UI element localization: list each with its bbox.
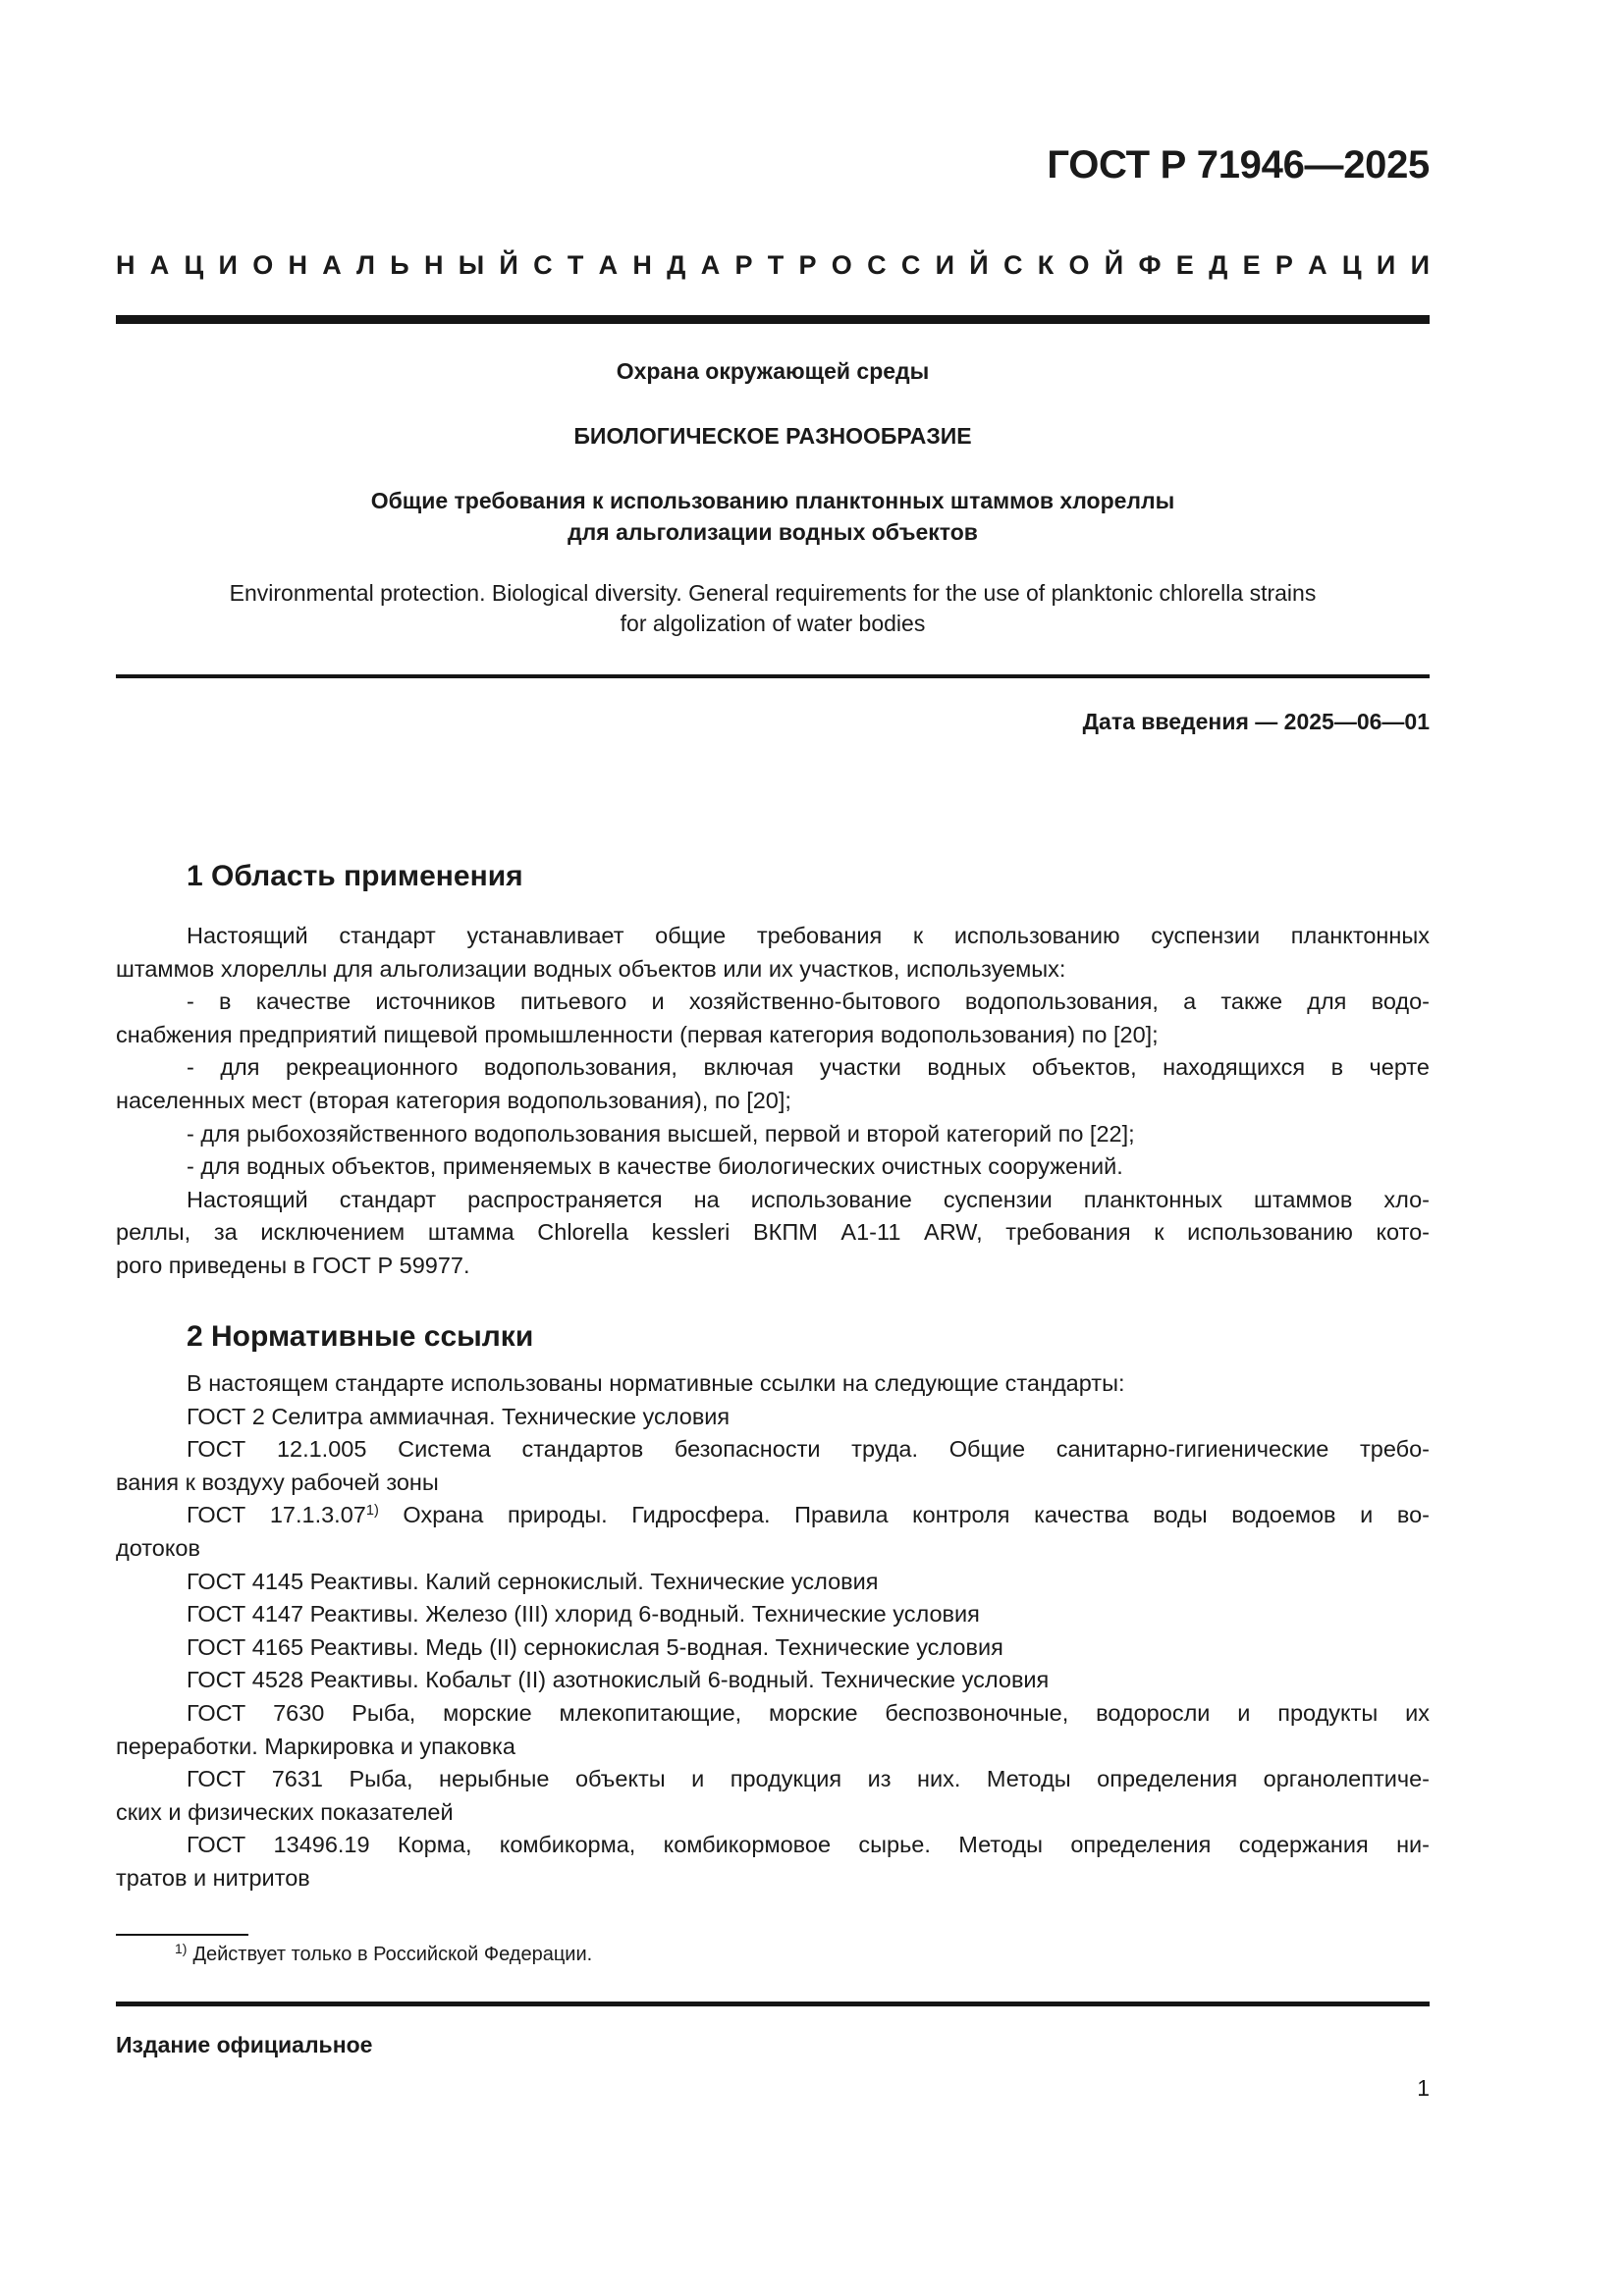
body-line: ГОСТ 7631 Рыба, нерыбные объекты и проду… xyxy=(116,1763,1430,1796)
body-line-text: тратов и нитритов xyxy=(116,1865,310,1891)
footnote-rule xyxy=(116,1934,248,1936)
title-name: Общие требования к использованию планкто… xyxy=(116,485,1430,548)
footnote: 1)Действует только в Российской Федераци… xyxy=(175,1941,592,1966)
body-line-text: переработки. Маркировка и упаковка xyxy=(116,1734,515,1759)
title-english: Environmental protection. Biological div… xyxy=(116,578,1430,639)
body-line-text: Настоящий стандарт устанавливает общие т… xyxy=(187,923,1430,948)
body-line-text: - для рыбохозяйственного водопользования… xyxy=(187,1121,1135,1147)
body-line: ГОСТ 4147 Реактивы. Железо (III) хлорид … xyxy=(116,1598,1430,1631)
body-line-text: ГОСТ 17.1.3.07 xyxy=(187,1502,366,1527)
body-line-text: ГОСТ 4145 Реактивы. Калий сернокислый. Т… xyxy=(187,1569,878,1594)
header-rule xyxy=(116,315,1430,324)
title-category: Охрана окружающей среды xyxy=(116,355,1430,387)
body-line: ГОСТ 2 Селитра аммиачная. Технические ус… xyxy=(116,1401,1430,1434)
body-line: ГОСТ 4165 Реактивы. Медь (II) сернокисла… xyxy=(116,1631,1430,1665)
title-rule xyxy=(116,674,1430,678)
body-line-text: ГОСТ 7631 Рыба, нерыбные объекты и проду… xyxy=(187,1766,1430,1791)
body-line: ГОСТ 4528 Реактивы. Кобальт (II) азотнок… xyxy=(116,1664,1430,1697)
body-line: переработки. Маркировка и упаковка xyxy=(116,1731,1430,1764)
body-line-text: ГОСТ 12.1.005 Система стандартов безопас… xyxy=(187,1436,1430,1462)
body-line-text: ГОСТ 13496.19 Корма, комбикорма, комбико… xyxy=(187,1832,1430,1857)
body-line-text: - в качестве источников питьевого и хозя… xyxy=(187,988,1430,1014)
body-line: - в качестве источников питьевого и хозя… xyxy=(116,986,1430,1019)
title-name-line: Общие требования к использованию планкто… xyxy=(116,485,1430,516)
body-line: ГОСТ 4145 Реактивы. Калий сернокислый. Т… xyxy=(116,1566,1430,1599)
body-line: вания к воздуху рабочей зоны xyxy=(116,1467,1430,1500)
body-line-text: Охрана природы. Гидросфера. Правила конт… xyxy=(379,1502,1430,1527)
body-line-text: населенных мест (вторая категория водопо… xyxy=(116,1088,791,1113)
official-edition-label: Издание официальное xyxy=(116,2032,372,2058)
body-line-text: рого приведены в ГОСТ Р 59977. xyxy=(116,1253,470,1278)
body-line: ГОСТ 17.1.3.071) Охрана природы. Гидросф… xyxy=(116,1499,1430,1532)
body-line: - для водных объектов, применяемых в кач… xyxy=(116,1150,1430,1184)
body-line: Настоящий стандарт устанавливает общие т… xyxy=(116,920,1430,953)
document-number: ГОСТ Р 71946—2025 xyxy=(1047,143,1430,187)
body-line: ских и физических показателей xyxy=(116,1796,1430,1830)
body-line: ГОСТ 12.1.005 Система стандартов безопас… xyxy=(116,1433,1430,1467)
body-line-text: - для рекреационного водопользования, вк… xyxy=(187,1054,1430,1080)
body-line-text: ских и физических показателей xyxy=(116,1799,454,1825)
body-line: - для рекреационного водопользования, вк… xyxy=(116,1051,1430,1085)
body-line: ГОСТ 13496.19 Корма, комбикорма, комбико… xyxy=(116,1829,1430,1862)
footnote-mark: 1) xyxy=(175,1941,187,1956)
section-2-heading: 2 Нормативные ссылки xyxy=(187,1320,533,1354)
body-line-text: ГОСТ 7630 Рыба, морские млекопитающие, м… xyxy=(187,1700,1430,1726)
title-name-line: для альголизации водных объектов xyxy=(116,516,1430,548)
body-line: Настоящий стандарт распространяется на и… xyxy=(116,1184,1430,1217)
footer-rule xyxy=(116,2002,1430,2006)
section-1-heading: 1 Область применения xyxy=(187,860,523,893)
body-line-text: дотоков xyxy=(116,1535,200,1561)
footnote-reference: 1) xyxy=(366,1503,379,1519)
section-1-body: Настоящий стандарт устанавливает общие т… xyxy=(116,920,1430,1283)
section-2-body: В настоящем стандарте использованы норма… xyxy=(116,1367,1430,1896)
body-line: тратов и нитритов xyxy=(116,1862,1430,1896)
body-line-text: ГОСТ 4528 Реактивы. Кобальт (II) азотнок… xyxy=(187,1667,1049,1692)
body-line-text: - для водных объектов, применяемых в кач… xyxy=(187,1153,1123,1179)
body-line: реллы, за исключением штамма Chlorella k… xyxy=(116,1216,1430,1250)
body-line: В настоящем стандарте использованы норма… xyxy=(116,1367,1430,1401)
footnote-text: Действует только в Российской Федерации. xyxy=(192,1944,592,1965)
body-line: снабжения предприятий пищевой промышленн… xyxy=(116,1019,1430,1052)
body-line-text: В настоящем стандарте использованы норма… xyxy=(187,1370,1125,1396)
national-standard-banner: Н А Ц И О Н А Л Ь Н Ы Й С Т А Н Д А Р Т … xyxy=(116,250,1430,281)
body-line: - для рыбохозяйственного водопользования… xyxy=(116,1118,1430,1151)
body-line-text: вания к воздуху рабочей зоны xyxy=(116,1469,439,1495)
date-of-introduction: Дата введения — 2025—06—01 xyxy=(1083,709,1430,735)
body-line-text: ГОСТ 4147 Реактивы. Железо (III) хлорид … xyxy=(187,1601,980,1627)
body-line-text: Настоящий стандарт распространяется на и… xyxy=(187,1187,1430,1212)
body-line-text: ГОСТ 4165 Реактивы. Медь (II) сернокисла… xyxy=(187,1634,1003,1660)
body-line: рого приведены в ГОСТ Р 59977. xyxy=(116,1250,1430,1283)
body-line: штаммов хлореллы для альголизации водных… xyxy=(116,953,1430,987)
body-line: дотоков xyxy=(116,1532,1430,1566)
body-line-text: реллы, за исключением штамма Chlorella k… xyxy=(116,1219,1430,1245)
body-line-text: снабжения предприятий пищевой промышленн… xyxy=(116,1022,1159,1047)
body-line-text: штаммов хлореллы для альголизации водных… xyxy=(116,956,1065,982)
title-subject: БИОЛОГИЧЕСКОЕ РАЗНООБРАЗИЕ xyxy=(116,420,1430,452)
title-english-line: Environmental protection. Biological div… xyxy=(116,578,1430,609)
title-english-line: for algolization of water bodies xyxy=(116,609,1430,639)
body-line: населенных мест (вторая категория водопо… xyxy=(116,1085,1430,1118)
body-line-text: ГОСТ 2 Селитра аммиачная. Технические ус… xyxy=(187,1404,730,1429)
page-number: 1 xyxy=(1417,2075,1430,2102)
body-line: ГОСТ 7630 Рыба, морские млекопитающие, м… xyxy=(116,1697,1430,1731)
